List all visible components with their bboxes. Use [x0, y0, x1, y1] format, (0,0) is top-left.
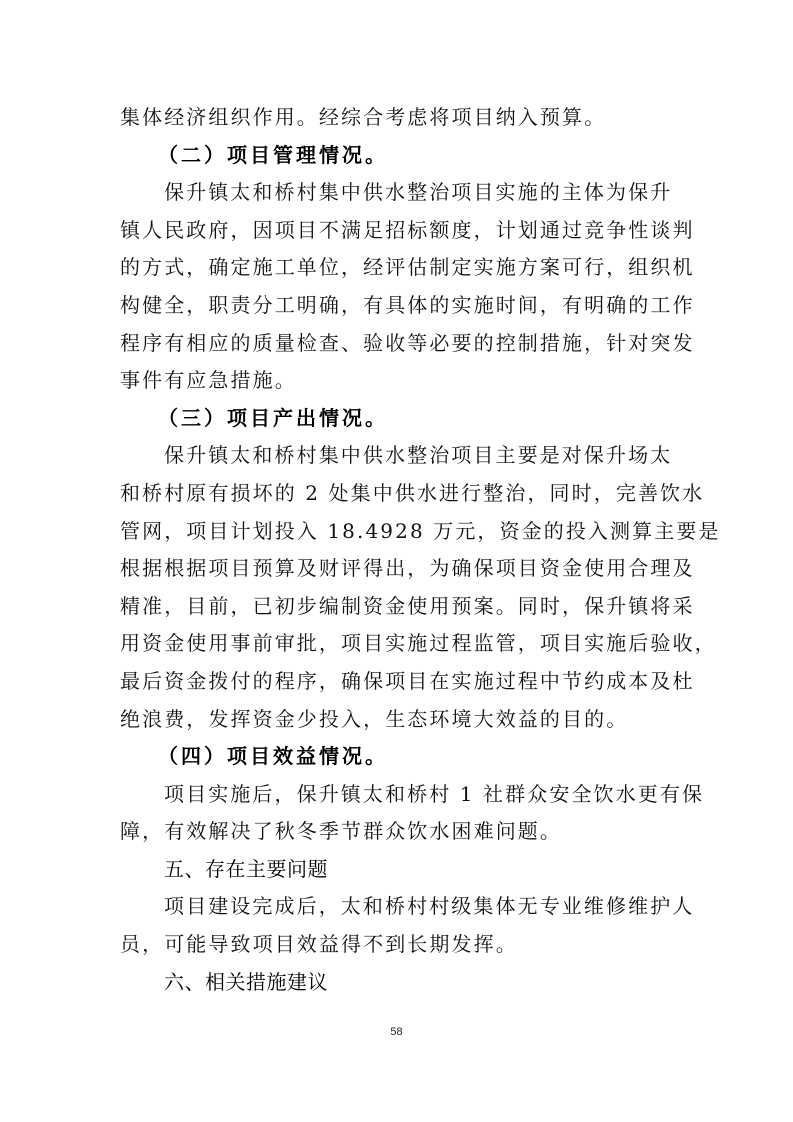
- section-subheading-management: （二）项目管理情况。: [120, 137, 676, 175]
- section-heading-problems: 五、存在主要问题: [120, 851, 676, 889]
- page-content: 集体经济组织作用。经综合考虑将项目纳入预算。 （二）项目管理情况。 保升镇太和桥…: [120, 99, 676, 1001]
- section-subheading-benefit: （四）项目效益情况。: [120, 738, 676, 776]
- body-line: 和桥村原有损坏的 2 处集中供水进行整治，同时，完善饮水: [120, 475, 676, 513]
- body-line: 构健全，职责分工明确，有具体的实施时间，有明确的工作: [120, 287, 676, 325]
- body-line: 程序有相应的质量检查、验收等必要的控制措施，针对突发: [120, 325, 676, 363]
- body-line: 精准，目前，已初步编制资金使用预案。同时，保升镇将采: [120, 588, 676, 626]
- body-line: 障，有效解决了秋冬季节群众饮水困难问题。: [120, 813, 676, 851]
- body-line: 集体经济组织作用。经综合考虑将项目纳入预算。: [120, 99, 676, 137]
- body-line: 最后资金拨付的程序，确保项目在实施过程中节约成本及杜: [120, 663, 676, 701]
- section-heading-suggestions: 六、相关措施建议: [120, 964, 676, 1002]
- body-line: 用资金使用事前审批，项目实施过程监管，项目实施后验收，: [120, 625, 676, 663]
- body-line: 保升镇太和桥村集中供水整治项目主要是对保升场太: [120, 437, 676, 475]
- body-line: 管网，项目计划投入 18.4928 万元，资金的投入测算主要是: [120, 513, 676, 551]
- section-subheading-output: （三）项目产出情况。: [120, 400, 676, 438]
- page-number: 58: [0, 1026, 793, 1038]
- body-line: 的方式，确定施工单位，经评估制定实施方案可行，组织机: [120, 249, 676, 287]
- document-page: 集体经济组织作用。经综合考虑将项目纳入预算。 （二）项目管理情况。 保升镇太和桥…: [0, 0, 793, 1122]
- body-line: 事件有应急措施。: [120, 362, 676, 400]
- body-line: 项目建设完成后，太和桥村村级集体无专业维修维护人: [120, 888, 676, 926]
- body-line: 绝浪费，发挥资金少投入，生态环境大效益的目的。: [120, 701, 676, 739]
- body-line: 员，可能导致项目效益得不到长期发挥。: [120, 926, 676, 964]
- body-line: 根据根据项目预算及财评得出，为确保项目资金使用合理及: [120, 550, 676, 588]
- body-line: 镇人民政府，因项目不满足招标额度，计划通过竞争性谈判: [120, 212, 676, 250]
- body-line: 项目实施后，保升镇太和桥村 1 社群众安全饮水更有保: [120, 776, 676, 814]
- body-line: 保升镇太和桥村集中供水整治项目实施的主体为保升: [120, 174, 676, 212]
